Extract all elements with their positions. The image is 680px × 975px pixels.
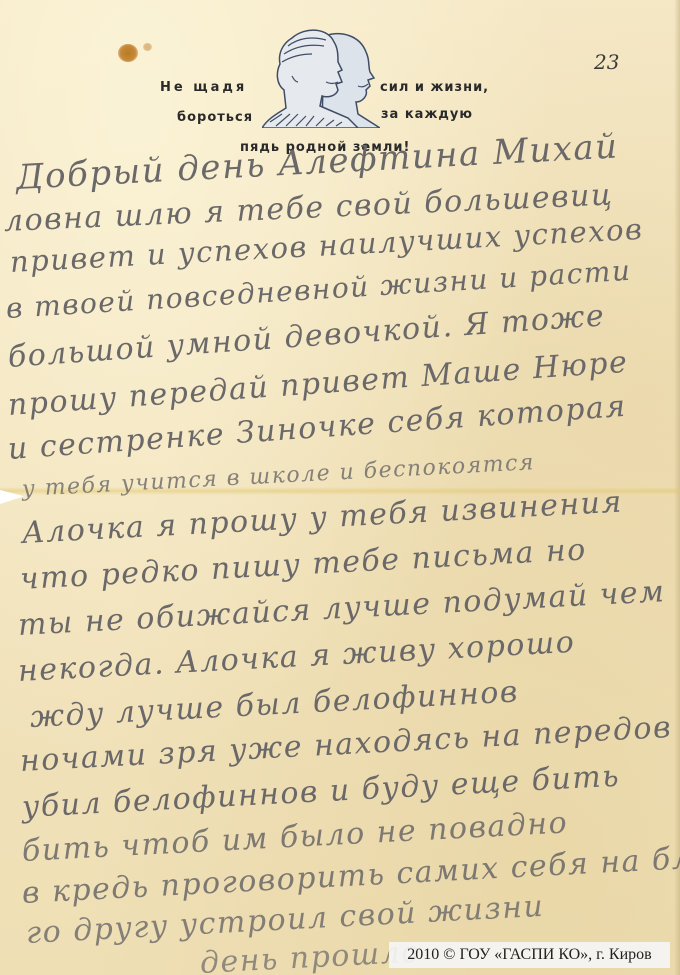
handwritten-body: Добрый день Алефтина Михай ловна шлю я т… bbox=[0, 0, 680, 975]
archive-copyright-label: 2010 © ГОУ «ГАСПИ КО», г. Киров bbox=[389, 942, 670, 968]
